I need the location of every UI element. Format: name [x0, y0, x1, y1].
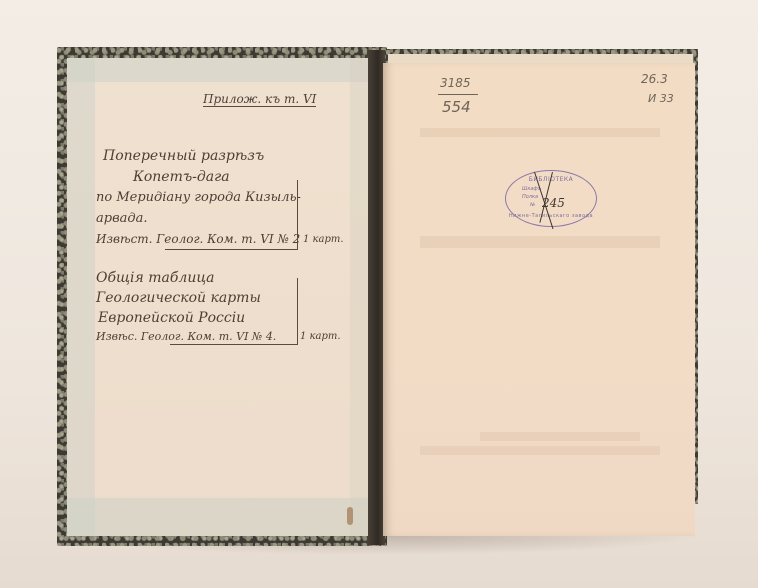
entry-2-count: 1 карт.: [300, 331, 341, 342]
corner-note-2: И 33: [648, 92, 674, 105]
repair-tissue-top: [67, 58, 368, 82]
faint-imprint-line: [420, 446, 660, 455]
shelfmark-divider: [438, 94, 478, 95]
stamp-shelf-row: Полка: [522, 194, 538, 200]
entry-2-bracket: [170, 278, 298, 345]
repair-tissue-right: [350, 58, 368, 536]
faint-title-line: [420, 236, 660, 248]
entry-1-line-1: Поперечный разрѣзъ: [103, 148, 264, 164]
appendix-header: Прилож. къ т. VI: [203, 92, 316, 107]
faint-title-line: [420, 128, 660, 137]
stamp-number-prefix: №: [530, 202, 535, 208]
stain-mark: [347, 507, 353, 525]
faint-imprint-line: [480, 432, 640, 441]
repair-tissue-bottom: [67, 498, 368, 536]
shelfmark-bottom: 554: [442, 98, 471, 116]
entry-1-line-4: арвада.: [96, 211, 148, 226]
entry-1-count: 1 карт.: [303, 234, 344, 245]
repair-tissue-left: [67, 58, 95, 536]
shelfmark-top: 3185: [440, 76, 471, 90]
stamp-bottom-text: Нижне-Тагильскаго завода: [506, 213, 596, 219]
entry-1-bracket: [165, 180, 298, 250]
corner-note-1: 26.3: [641, 72, 668, 86]
